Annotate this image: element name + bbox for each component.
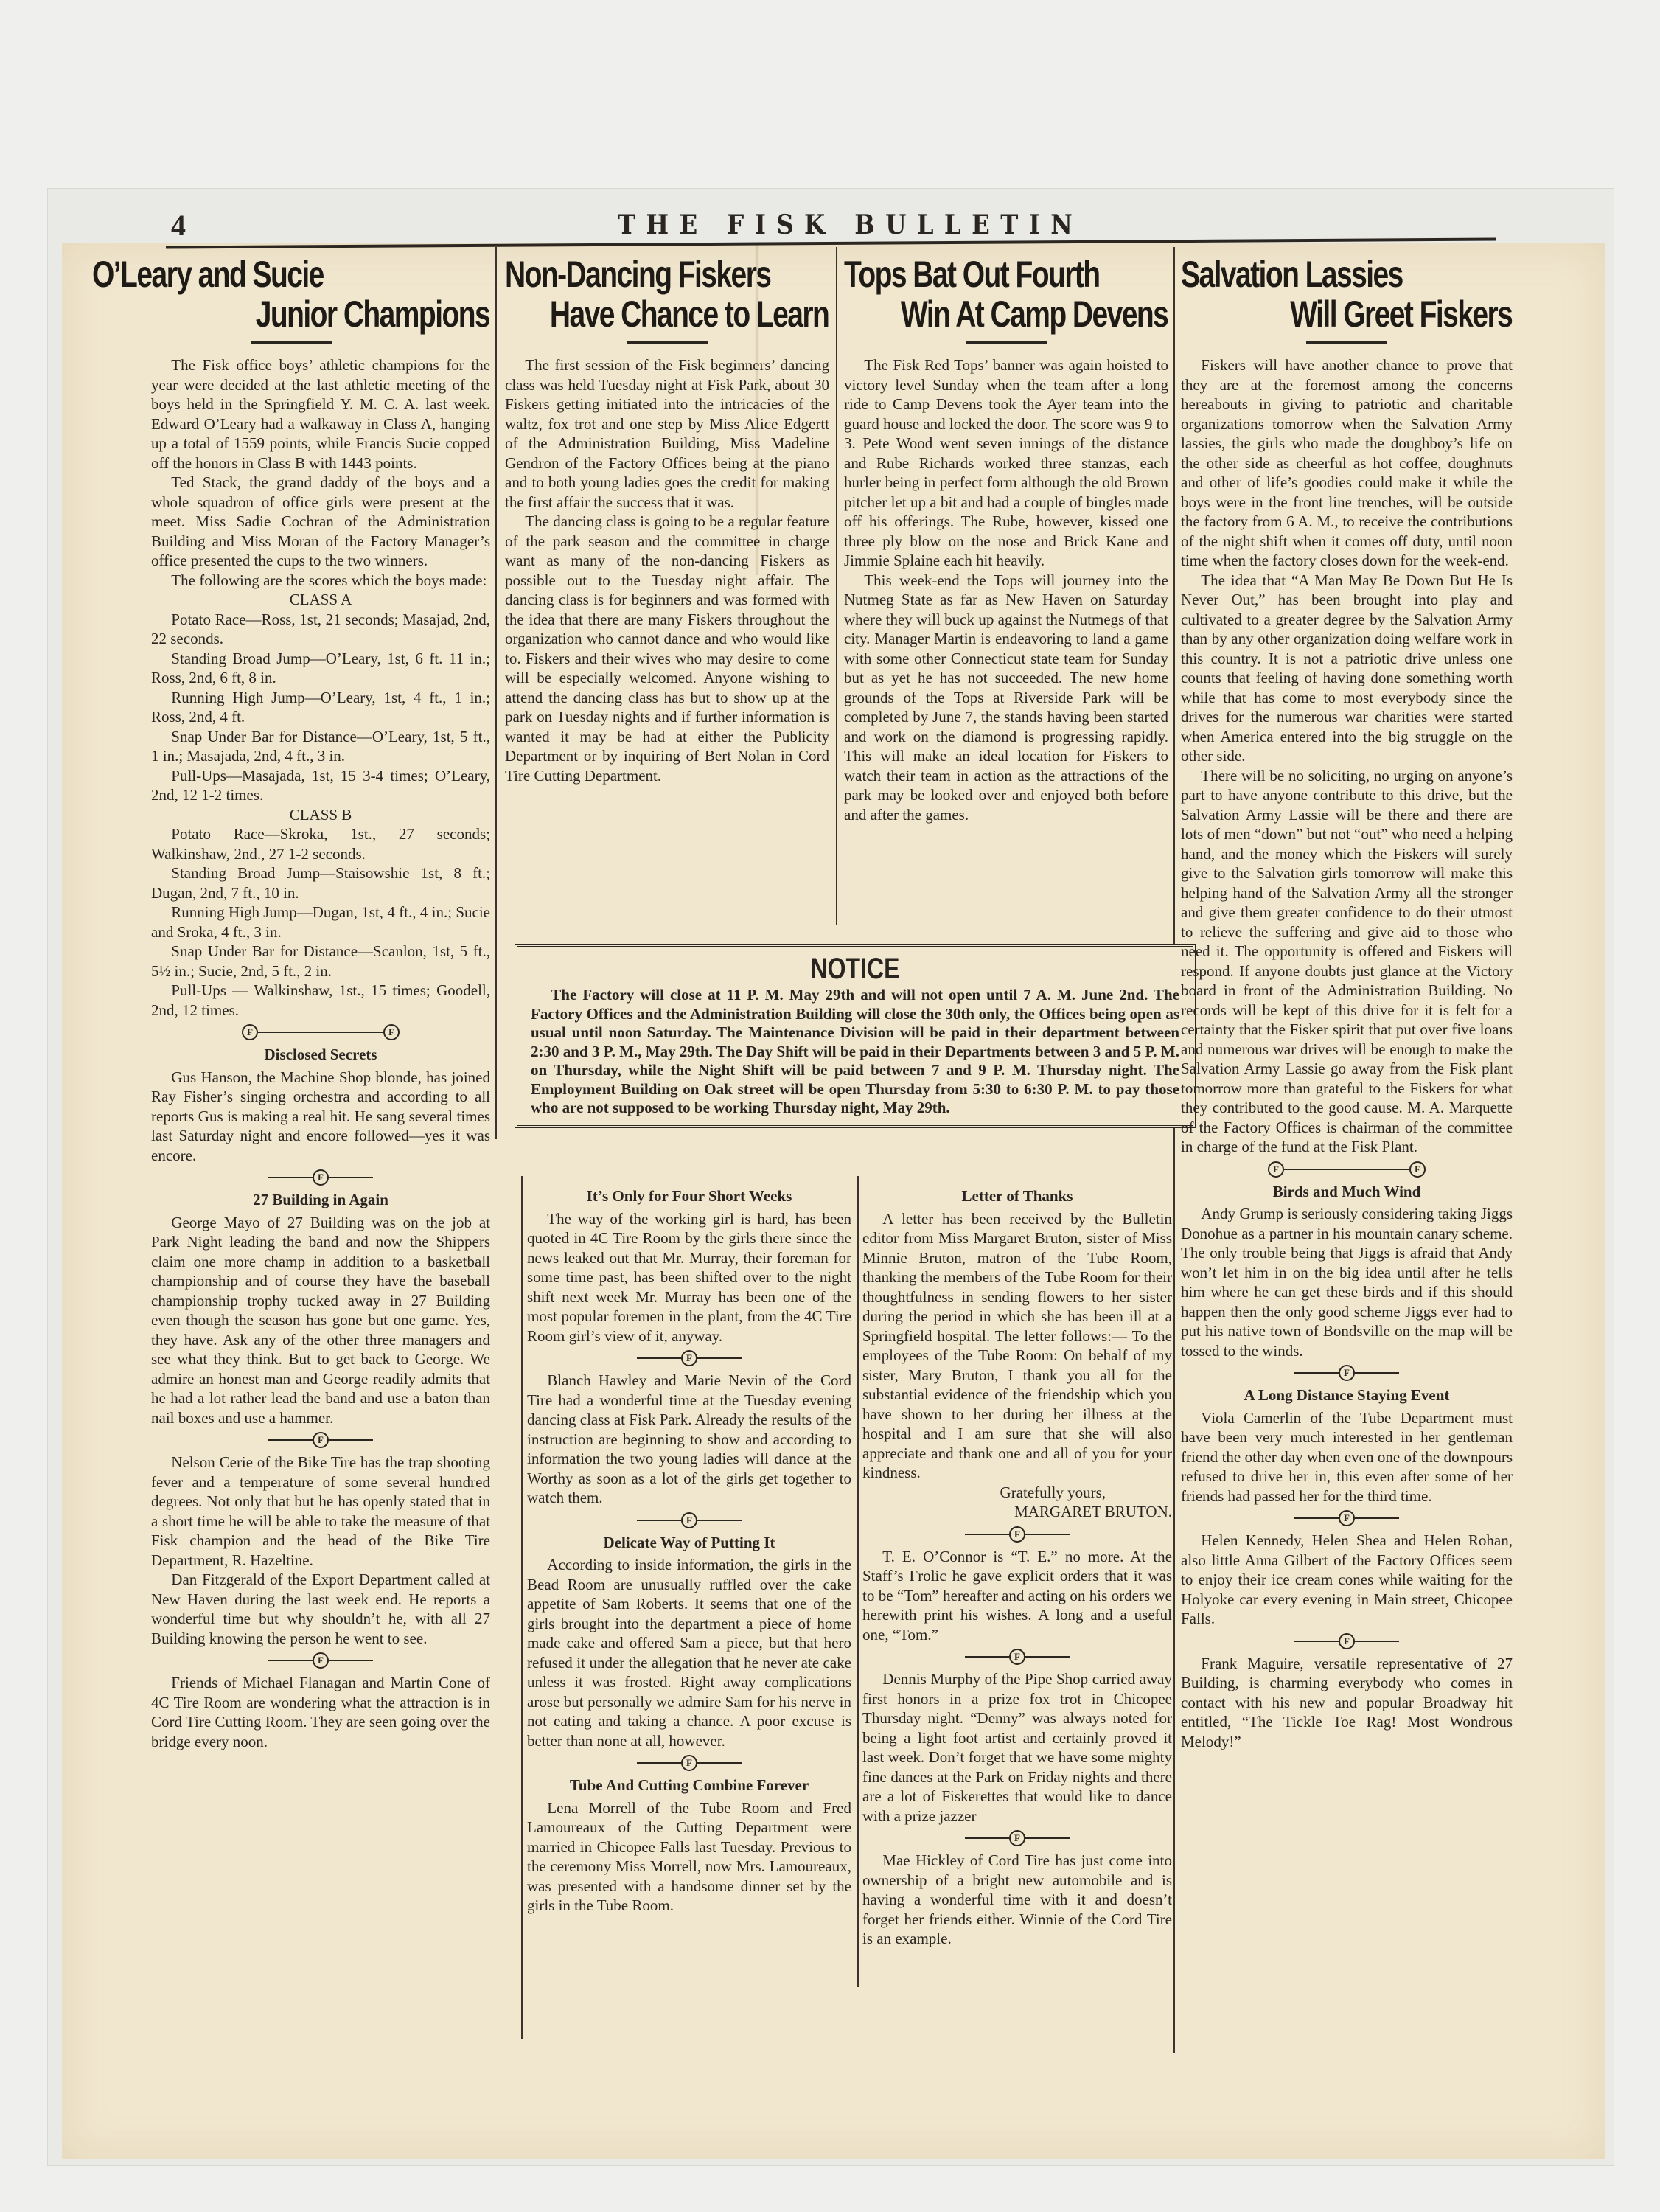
f-ornament-divider: F [1181,1365,1513,1381]
short-rule [251,341,332,344]
class-b-label: CLASS B [151,805,490,825]
column-divider [1173,247,1175,2053]
paragraph: Lena Morrell of the Tube Room and Fred L… [527,1798,851,1916]
subhead: 27 Building in Again [151,1190,490,1210]
short-rule [1306,341,1387,344]
f-emblem-icon: F [1009,1649,1025,1665]
short-rule [966,341,1047,344]
paragraph: The way of the working girl is hard, has… [527,1209,851,1346]
notice-body: The Factory will close at 11 P. M. May 2… [531,986,1179,1118]
paragraph: The Fisk Red Tops’ banner was again hois… [844,355,1168,571]
paragraph: Friends of Michael Flanagan and Martin C… [151,1673,490,1751]
paragraph: A letter has been received by the Bullet… [862,1209,1172,1483]
score-line: Pull-Ups—Masajada, 1st, 15 3-4 times; O’… [151,766,490,805]
f-emblem-icon: F [681,1755,697,1771]
f-ornament-divider: F [527,1755,851,1771]
f-emblem-icon: F [1339,1365,1355,1381]
paragraph: Andy Grump is seriously considering taki… [1181,1204,1513,1360]
f-emblem-icon: F [313,1652,329,1669]
paragraph: Frank Maguire, versatile representative … [1181,1654,1513,1752]
notice-title: NOTICE [596,953,1115,986]
paragraph: T. E. O’Connor is “T. E.” no more. At th… [862,1547,1172,1645]
f-ornament-divider: F [862,1526,1172,1543]
f-emblem-icon: F [242,1024,258,1040]
column-divider [857,1176,859,1987]
subhead: Delicate Way of Putting It [527,1533,851,1553]
paragraph: The following are the scores which the b… [151,571,490,591]
f-emblem-icon: F [313,1432,329,1448]
subhead: Birds and Much Wind [1181,1182,1513,1202]
paragraph: Blanch Hawley and Marie Nevin of the Cor… [527,1371,851,1508]
subhead: A Long Distance Staying Event [1181,1385,1513,1405]
column-divider [495,247,497,1139]
class-a-label: CLASS A [151,590,490,610]
paragraph: Dennis Murphy of the Pipe Shop carried a… [862,1669,1172,1826]
score-line: Snap Under Bar for Distance—O’Leary, 1st… [151,727,490,766]
article-dancing: Non-Dancing FiskersHave Chance to Learn … [505,254,829,785]
column-divider [521,1176,523,2039]
score-line: Standing Broad Jump—Staisowshie 1st, 8 f… [151,863,490,902]
f-emblem-icon: F [1339,1633,1355,1649]
headline: Salvation LassiesWill Greet Fiskers [1181,254,1512,334]
short-rule [627,341,708,344]
paragraph: Viola Camerlin of the Tube Department mu… [1181,1408,1513,1506]
paragraph: The dancing class is going to be a regul… [505,512,829,785]
score-line: Pull-Ups — Walkinshaw, 1st., 15 times; G… [151,981,490,1020]
letter-closing: Gratefully yours, [862,1483,1172,1503]
page-number: 4 [171,208,186,243]
f-emblem-icon: F [681,1350,697,1366]
f-emblem-icon: F [1339,1510,1355,1526]
column-2-lower: It’s Only for Four Short Weeks The way o… [527,1183,851,1916]
headline: O’Leary and SucieJunior Champions [92,254,489,334]
headline: Tops Bat Out FourthWin At Camp Devens [844,254,1168,334]
score-line: Potato Race—Skroka, 1st., 27 seconds; Wa… [151,824,490,863]
score-line: Potato Race—Ross, 1st, 21 seconds; Masaj… [151,610,490,649]
f-ornament-divider: FF [1181,1161,1513,1178]
score-line: Snap Under Bar for Distance—Scanlon, 1st… [151,942,490,981]
paragraph: According to inside information, the gir… [527,1555,851,1750]
f-ornament-divider: F [151,1652,490,1669]
paragraph: There will be no soliciting, no urging o… [1181,766,1513,1157]
f-ornament-divider: F [527,1350,851,1366]
column-divider [836,247,837,925]
subhead: Letter of Thanks [862,1186,1172,1206]
f-emblem-icon: F [1409,1161,1426,1178]
f-emblem-icon: F [1268,1161,1284,1178]
paragraph: Helen Kennedy, Helen Shea and Helen Roha… [1181,1531,1513,1629]
subhead: Disclosed Secrets [151,1045,490,1065]
score-line: Running High Jump—O’Leary, 1st, 4 ft., 1… [151,688,490,727]
f-ornament-divider: F [862,1830,1172,1846]
paragraph: Gus Hanson, the Machine Shop blonde, has… [151,1068,490,1166]
score-line: Running High Jump—Dugan, 1st, 4 ft., 4 i… [151,902,490,942]
f-ornament-divider: F [1181,1633,1513,1649]
paragraph: George Mayo of 27 Building was on the jo… [151,1213,490,1428]
paragraph: Dan Fitzgerald of the Export Department … [151,1570,490,1648]
paragraph: This week-end the Tops will journey into… [844,571,1168,825]
paragraph: The Fisk office boys’ athletic champions… [151,355,490,473]
article-oleary: O’Leary and SucieJunior Champions The Fi… [92,254,490,1751]
paragraph: Ted Stack, the grand daddy of the boys a… [151,473,490,571]
subhead: It’s Only for Four Short Weeks [527,1186,851,1206]
column-3-lower: Letter of Thanks A letter has been recei… [862,1183,1172,1949]
article-tops: Tops Bat Out FourthWin At Camp Devens Th… [844,254,1168,824]
f-ornament-divider: F [151,1432,490,1448]
paragraph: The idea that “A Man May Be Down But He … [1181,571,1513,766]
f-emblem-icon: F [1009,1830,1025,1846]
f-emblem-icon: F [1009,1526,1025,1543]
headline: Non-Dancing FiskersHave Chance to Learn [505,254,829,334]
paragraph: Fiskers will have another chance to prov… [1181,355,1513,571]
paragraph: Mae Hickley of Cord Tire has just come i… [862,1851,1172,1949]
f-emblem-icon: F [681,1512,697,1528]
f-emblem-icon: F [313,1169,329,1186]
paragraph: Nelson Cerie of the Bike Tire has the tr… [151,1453,490,1570]
f-ornament-divider: F [527,1512,851,1528]
subhead: Tube And Cutting Combine Forever [527,1775,851,1795]
notice-box: NOTICE The Factory will close at 11 P. M… [515,944,1196,1128]
paragraph: The first session of the Fisk beginners’… [505,355,829,512]
article-salvation: Salvation LassiesWill Greet Fiskers Fisk… [1181,254,1513,1751]
f-ornament-divider: F [151,1169,490,1186]
masthead-title: THE FISK BULLETIN [618,209,1083,240]
f-ornament-divider: F [1181,1510,1513,1526]
score-line: Standing Broad Jump—O’Leary, 1st, 6 ft. … [151,649,490,688]
f-ornament-divider: FF [151,1024,490,1040]
letter-signature: MARGARET BRUTON. [862,1502,1172,1522]
f-ornament-divider: F [862,1649,1172,1665]
f-emblem-icon: F [383,1024,400,1040]
